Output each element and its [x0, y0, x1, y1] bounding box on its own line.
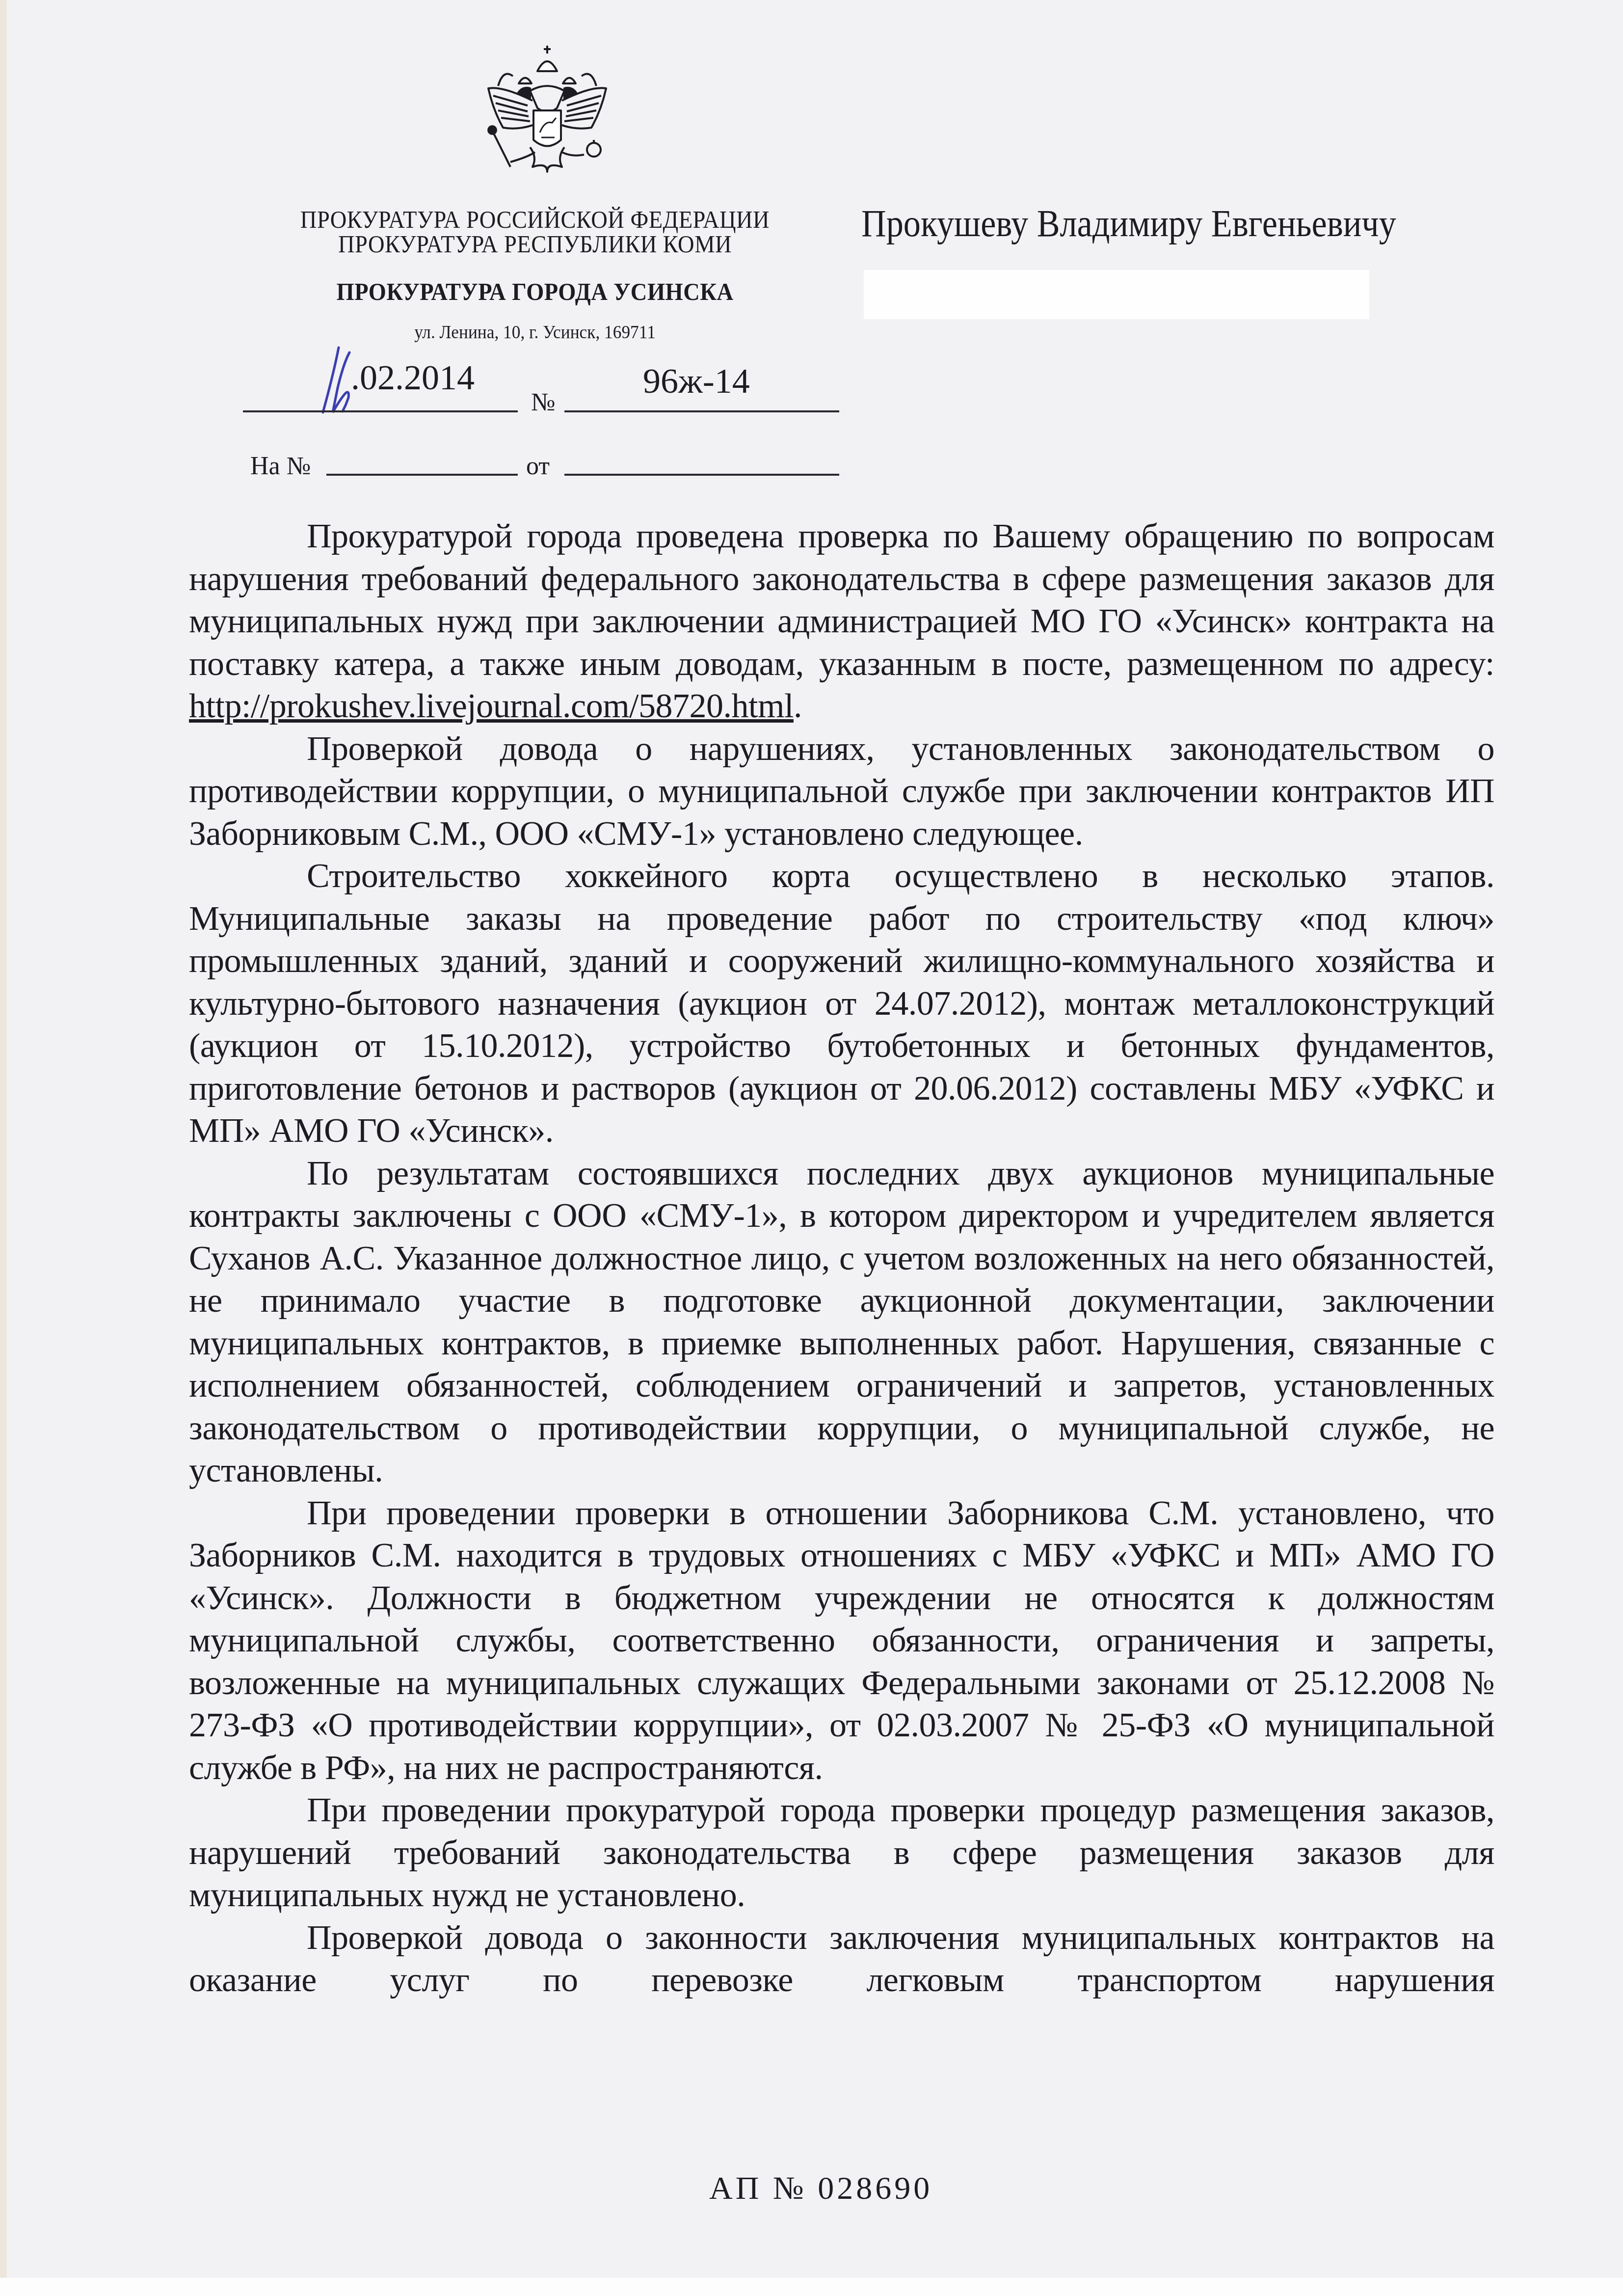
- paragraph: При проведении прокуратурой города прове…: [189, 1789, 1494, 1917]
- date-underline: [243, 410, 518, 412]
- reference-date-underline: [564, 474, 839, 476]
- scan-edge: [0, 0, 7, 2278]
- reference-number-label: На №: [250, 452, 311, 481]
- letter-number: 96ж-14: [643, 361, 750, 402]
- number-underline: [564, 410, 839, 412]
- coat-of-arms-russia-icon: [483, 42, 611, 174]
- org-name-regional: ПРОКУРАТУРА РЕСПУБЛИКИ КОМИ: [239, 230, 832, 258]
- scan-bottom-margin: [0, 2278, 1623, 2296]
- number-sign: №: [531, 388, 556, 417]
- paragraph: Прокуратурой города проведена проверка п…: [189, 515, 1494, 728]
- paragraph: При проведении проверки в отношении Забо…: [189, 1492, 1494, 1790]
- reference-number-underline: [326, 474, 518, 476]
- paragraph: Проверкой довода о законности заключения…: [189, 1917, 1494, 2002]
- letter-date: .02.2014: [351, 357, 475, 398]
- paragraph-text: .: [794, 687, 802, 725]
- org-address: ул. Ленина, 10, г. Усинск, 169711: [239, 322, 832, 343]
- paragraph-text: Прокуратурой города проведена проверка п…: [189, 517, 1494, 683]
- addressee-name: Прокушеву Владимиру Евгеньевичу: [861, 201, 1396, 245]
- paragraph: Проверкой довода о нарушениях, установле…: [189, 728, 1494, 856]
- form-serial-number: АП № 028690: [709, 2170, 932, 2207]
- paragraph: Строительство хоккейного корта осуществл…: [189, 855, 1494, 1153]
- handwritten-day: 12: [319, 344, 353, 415]
- paragraph: По результатам состоявшихся последних дв…: [189, 1153, 1494, 1492]
- redacted-address: [864, 270, 1369, 319]
- reference-date-label: от: [526, 452, 550, 481]
- org-name-city: ПРОКУРАТУРА ГОРОДА УСИНСКА: [239, 277, 832, 306]
- livejournal-link[interactable]: http://prokushev.livejournal.com/58720.h…: [189, 687, 794, 725]
- letter-body: Прокуратурой города проведена проверка п…: [189, 515, 1494, 2002]
